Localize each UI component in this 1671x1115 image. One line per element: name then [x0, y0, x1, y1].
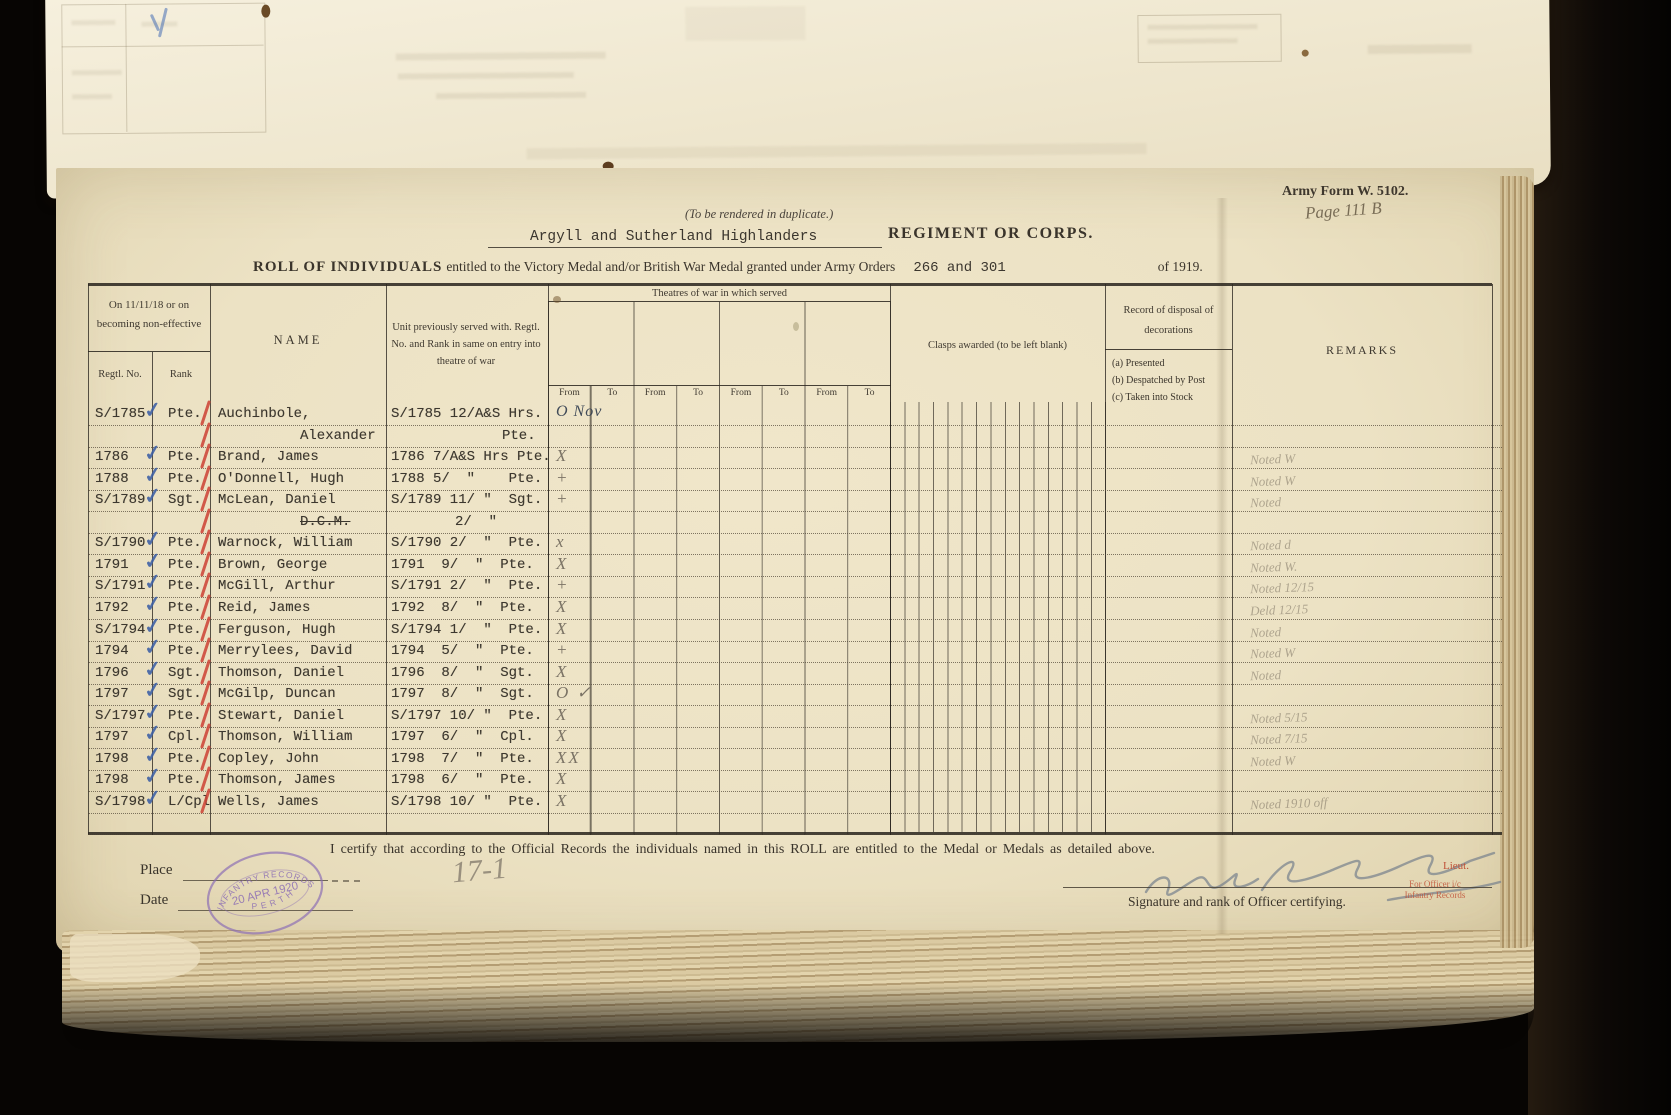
for-officer-stamp-line2: Infantry Records — [1376, 890, 1494, 900]
unit-cell: Pte. — [502, 428, 536, 444]
regtl-cell: 1792 — [95, 600, 129, 616]
name-cell: McGill, Arthur — [218, 578, 336, 594]
rank-cell: Sgt. — [168, 665, 202, 681]
regtl-cell: S/1794 — [95, 622, 145, 638]
table-row: S/1797Pte.Stewart, DanielS/1797 10/ " Pt… — [88, 706, 1502, 728]
disposal-divider — [1105, 349, 1232, 350]
ghost-text — [685, 6, 805, 41]
table-row: S/1789Sgt.McLean, DanielS/1789 11/ " Sgt… — [88, 490, 1502, 512]
theatre-mark: X — [556, 662, 568, 682]
table-row: D.C.M.2/ " — [88, 512, 1502, 534]
place-label: Place — [140, 862, 172, 879]
theatre-mark: + — [556, 468, 569, 488]
theatre-mark: X — [556, 791, 568, 811]
rank-cell: Sgt. — [168, 686, 202, 702]
table-row: 1792Pte.Reid, James1792 8/ " Pte.✓XDeld … — [88, 598, 1502, 620]
theatre-mark: + — [556, 640, 569, 660]
name-cell: Wells, James — [218, 794, 319, 810]
regtl-cell: S/1798 — [95, 794, 145, 810]
rank-cell: Pte. — [168, 751, 202, 767]
table-row — [88, 813, 1502, 835]
col-header-clasps: Clasps awarded (to be left blank) — [895, 340, 1100, 351]
table-row: AlexanderPte. — [88, 426, 1502, 448]
table-row: S/1791Pte.McGill, ArthurS/1791 2/ " Pte.… — [88, 576, 1502, 598]
regiment-underline — [488, 247, 882, 248]
roll-heading-year: of 1919. — [1158, 259, 1203, 274]
unit-cell: 1791 9/ " Pte. — [391, 557, 534, 573]
roll-heading-body: entitled to the Victory Medal and/or Bri… — [446, 259, 895, 274]
page-stack-shadow — [62, 930, 1534, 1050]
theatre-mark: XX — [556, 748, 581, 768]
table-row: S/1794Pte.Ferguson, HughS/1794 1/ " Pte.… — [88, 620, 1502, 642]
regtl-cell: 1788 — [95, 471, 129, 487]
theatre-mark: O ✓ — [556, 683, 593, 703]
ghost-text — [436, 92, 586, 99]
ghost-text — [1147, 24, 1257, 30]
col-header-regtl-no: Regtl. No. — [88, 369, 152, 380]
ghost-text — [72, 70, 122, 75]
ghost-text — [72, 94, 112, 99]
effective-divider — [88, 351, 210, 352]
unit-cell: 2/ " — [455, 514, 497, 530]
table-row: 1791Pte.Brown, George1791 9/ " Pte.✓XNot… — [88, 555, 1502, 577]
stain — [553, 296, 561, 303]
table-top-rule — [88, 283, 1492, 286]
disposal-option-a: (a) Presented — [1112, 358, 1164, 369]
name-cell: Brown, George — [218, 557, 327, 573]
from-label: From — [805, 388, 848, 398]
table-row: S/1785Pte.Auchinbole,S/1785 12/A&S Hrs.✓… — [88, 404, 1502, 426]
blue-tick-icon: ✓ — [142, 483, 163, 510]
signature-rule — [1063, 887, 1492, 888]
unit-cell: S/1790 2/ " Pte. — [391, 535, 542, 551]
table-row: 1797Sgt.McGilp, Duncan1797 8/ " Sgt.✓O ✓ — [88, 684, 1502, 706]
ghost-text — [71, 20, 115, 25]
name-cell: Thomson, William — [218, 729, 352, 745]
rank-cell: Pte. — [168, 406, 202, 422]
regtl-cell: 1797 — [95, 729, 129, 745]
army-form-number: Army Form W. 5102. — [1282, 184, 1408, 200]
regtl-cell: S/1790 — [95, 535, 145, 551]
name-cell: Warnock, William — [218, 535, 352, 551]
table-row: 1798Pte.Copley, John1798 7/ " Pte.✓XXNot… — [88, 749, 1502, 771]
roll-heading: ROLL OF INDIVIDUALS entitled to the Vict… — [253, 258, 1203, 276]
unit-cell: 1798 6/ " Pte. — [391, 772, 534, 788]
rank-cell: Pte. — [168, 535, 202, 551]
theatre-mark: + — [556, 489, 569, 509]
unit-cell: 1797 6/ " Cpl. — [391, 729, 534, 745]
col-header-effective: On 11/11/18 or on becoming non-effective — [90, 296, 208, 333]
regtl-cell: 1798 — [95, 772, 129, 788]
regtl-cell: 1794 — [95, 643, 129, 659]
rank-cell: Pte. — [168, 449, 202, 465]
blue-tick-icon: ✓ — [142, 397, 163, 424]
regtl-cell: 1796 — [95, 665, 129, 681]
theatre-mark: X — [556, 726, 568, 746]
theatre-mark: x — [556, 532, 566, 552]
rank-cell: Pte. — [168, 622, 202, 638]
theatre-mark: X — [556, 597, 568, 617]
theatre-mark: + — [556, 575, 569, 595]
unit-cell: 1786 7/A&S Hrs Pte. — [391, 449, 551, 465]
name-cell: McGilp, Duncan — [218, 686, 336, 702]
rank-cell: Pte. — [168, 708, 202, 724]
unit-cell: 1792 8/ " Pte. — [391, 600, 534, 616]
unit-cell: S/1797 10/ " Pte. — [391, 708, 542, 724]
from-label: From — [720, 388, 763, 398]
theatre-mark: X — [556, 769, 568, 789]
ghost-text — [527, 143, 1147, 159]
name-cell: Thomson, James — [218, 772, 336, 788]
unit-cell: S/1789 11/ " Sgt. — [391, 492, 542, 508]
name-cell: D.C.M. — [300, 514, 350, 530]
col-header-theatres: Theatres of war in which served — [548, 288, 891, 299]
table-row: 1794Pte.Merrylees, David1794 5/ " Pte.✓+… — [88, 641, 1502, 663]
table-row: 1788Pte.O'Donnell, Hugh1788 5/ " Pte.✓+N… — [88, 469, 1502, 491]
name-cell: Ferguson, Hugh — [218, 622, 336, 638]
unit-cell: 1797 8/ " Sgt. — [391, 686, 534, 702]
roll-heading-lead: ROLL OF INDIVIDUALS — [253, 259, 442, 275]
officer-rank-red: Lieut. — [1443, 860, 1469, 872]
name-cell: Stewart, Daniel — [218, 708, 344, 724]
rank-cell: Pte. — [168, 600, 202, 616]
rank-cell: Pte. — [168, 578, 202, 594]
disposal-option-c: (c) Taken into Stock — [1112, 392, 1193, 403]
handwritten-note: 17-1 — [451, 852, 509, 891]
name-cell: Brand, James — [218, 449, 319, 465]
rank-cell: Pte. — [168, 557, 202, 573]
regiment-or-corps-label: REGIMENT OR CORPS. — [888, 225, 1094, 243]
regtl-cell: S/1791 — [95, 578, 145, 594]
regiment-name: Argyll and Sutherland Highlanders — [530, 229, 817, 245]
theatre-mark: X — [556, 446, 568, 466]
theatre-mark: X — [556, 619, 568, 639]
regtl-cell: 1797 — [95, 686, 129, 702]
to-label: To — [762, 388, 805, 398]
table-row: 1797Cpl.Thomson, William1797 6/ " Cpl.✓X… — [88, 727, 1502, 749]
stain — [1302, 50, 1309, 57]
ghost-text — [398, 72, 574, 80]
stain — [793, 322, 799, 331]
theatre-mark: X — [556, 554, 568, 574]
unit-cell: 1796 8/ " Sgt. — [391, 665, 534, 681]
place-line-dashes — [332, 880, 360, 882]
theatre-mark: O Nov — [556, 403, 602, 421]
rank-cell: Pte. — [168, 643, 202, 659]
blue-tick-icon: ✓ — [142, 785, 163, 812]
ghost-text — [1148, 38, 1238, 44]
stain — [261, 5, 270, 18]
name-cell: Thomson, Daniel — [218, 665, 344, 681]
to-label: To — [591, 388, 634, 398]
scanned-medal-roll-page: Army Form W. 5102. Page 111 B (To be ren… — [0, 0, 1671, 1115]
col-header-name: NAME — [210, 333, 386, 348]
table-row: 1798Pte.Thomson, James1798 6/ " Pte.✓X — [88, 770, 1502, 792]
regtl-cell: 1798 — [95, 751, 129, 767]
col-header-disposal: Record of disposal of decorations — [1108, 301, 1229, 341]
name-cell: Copley, John — [218, 751, 319, 767]
unit-cell: 1794 5/ " Pte. — [391, 643, 534, 659]
table-row: 1786Pte.Brand, James1786 7/A&S Hrs Pte.✓… — [88, 447, 1502, 469]
name-cell: McLean, Daniel — [218, 492, 336, 508]
unit-cell: S/1794 1/ " Pte. — [391, 622, 542, 638]
name-cell: O'Donnell, Hugh — [218, 471, 344, 487]
ghost-text — [396, 52, 606, 61]
table-row: S/1798L/CplWells, JamesS/1798 10/ " Pte.… — [88, 792, 1502, 814]
regtl-cell: 1786 — [95, 449, 129, 465]
col-header-unit: Unit previously served with. Regtl. No. … — [390, 320, 542, 370]
fromto-labels: FromToFromToFromToFromTo — [548, 388, 891, 398]
col-header-rank: Rank — [152, 369, 210, 380]
name-cell: Auchinbole, — [218, 406, 310, 422]
duplicate-note: (To be rendered in duplicate.) — [685, 207, 833, 222]
name-cell: Merrylees, David — [218, 643, 352, 659]
ghost-text — [1368, 44, 1472, 54]
from-label: From — [634, 388, 677, 398]
unit-cell: S/1798 10/ " Pte. — [391, 794, 542, 810]
army-orders-number: 266 and 301 — [913, 260, 1005, 276]
rank-cell: Sgt. — [168, 492, 202, 508]
name-cell: Reid, James — [218, 600, 310, 616]
disposal-option-b: (b) Despatched by Post — [1112, 375, 1205, 386]
regtl-cell: S/1785 — [95, 406, 145, 422]
unit-cell: S/1785 12/A&S Hrs. — [391, 406, 542, 422]
unit-cell: S/1791 2/ " Pte. — [391, 578, 542, 594]
rank-cell: Pte. — [168, 772, 202, 788]
unit-cell: 1798 7/ " Pte. — [391, 751, 534, 767]
col-header-remarks: REMARKS — [1232, 343, 1492, 358]
to-label: To — [848, 388, 891, 398]
signature-caption: Signature and rank of Officer certifying… — [1128, 894, 1346, 910]
regtl-cell: S/1789 — [95, 492, 145, 508]
from-label: From — [548, 388, 591, 398]
table-row: S/1790Pte.Warnock, WilliamS/1790 2/ " Pt… — [88, 533, 1502, 555]
unit-cell: 1788 5/ " Pte. — [391, 471, 542, 487]
regtl-cell: S/1797 — [95, 708, 145, 724]
date-label: Date — [140, 892, 168, 909]
theatre-mark: X — [556, 705, 568, 725]
to-label: To — [677, 388, 720, 398]
regtl-cell: 1791 — [95, 557, 129, 573]
name-cell: Alexander — [300, 428, 376, 444]
rank-cell: Pte. — [168, 471, 202, 487]
rank-cell: Cpl. — [168, 729, 202, 745]
table-row: 1796Sgt.Thomson, Daniel1796 8/ " Sgt.✓XN… — [88, 663, 1502, 685]
